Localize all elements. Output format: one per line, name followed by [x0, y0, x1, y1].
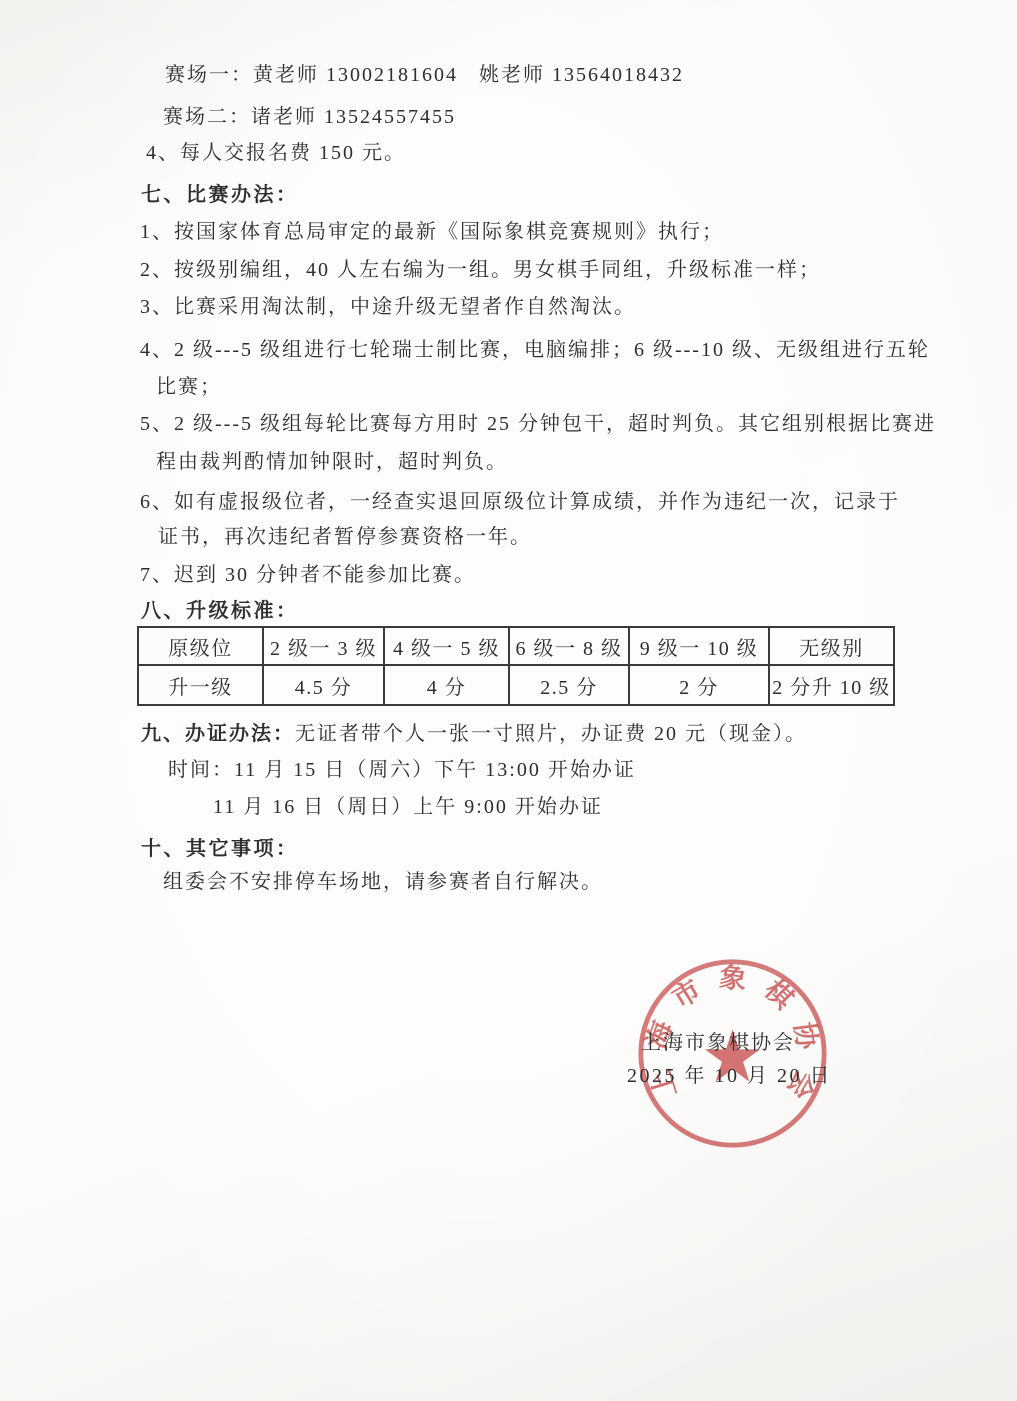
rule-item-4-line-1: 4、2 级---5 级组进行七轮瑞士制比赛，电脑编排；6 级---10 级、无级… — [140, 338, 930, 362]
rule-item-6-line-1: 6、如有虚报级位者，一经查实退回原级位计算成绩，并作为违纪一次，记录于 — [140, 490, 900, 514]
cert-time-2: 11 月 16 日（周日）上午 9:00 开始办证 — [213, 795, 603, 819]
rule-item-3: 3、比赛采用淘汰制，中途升级无望者作自然淘汰。 — [140, 295, 636, 319]
rule-item-2: 2、按级别编组，40 人左右编为一组。男女棋手同组，升级标准一样； — [140, 258, 821, 282]
table-cell: 2.5 分 — [509, 665, 629, 705]
section10-text: 组委会不安排停车场地，请参赛者自行解决。 — [163, 870, 603, 894]
rule-item-5-line-1: 5、2 级---5 级组每轮比赛每方用时 25 分钟包干，超时判负。其它组别根据… — [140, 412, 936, 436]
section9-line: 九、办证办法：无证者带个人一张一寸照片，办证费 20 元（现金）。 — [141, 722, 807, 746]
venue-line-2: 赛场二：诸老师 13524557455 — [163, 105, 456, 129]
signature-date: 2025 年 10 月 20 日 — [627, 1064, 832, 1088]
rule-item-7: 7、迟到 30 分钟者不能参加比赛。 — [140, 563, 476, 587]
section7-heading: 七、比赛办法： — [141, 183, 299, 207]
table-cell: 原级位 — [138, 627, 263, 665]
table-cell: 2 分 — [629, 665, 769, 705]
section9-heading: 九、办证办法： — [141, 723, 295, 745]
section10-heading: 十、其它事项： — [141, 837, 299, 861]
document-page: 赛场一：黄老师 13002181604 姚老师 13564018432 赛场二：… — [0, 0, 1017, 1401]
section9-text: 无证者带个人一张一寸照片，办证费 20 元（现金）。 — [295, 723, 807, 745]
rule-item-5-line-2: 程由裁判酌情加钟限时，超时判负。 — [156, 450, 508, 474]
table-header-row: 原级位 2 级一 3 级 4 级一 5 级 6 级一 8 级 9 级一 10 级… — [138, 627, 894, 665]
upgrade-standards-table: 原级位 2 级一 3 级 4 级一 5 级 6 级一 8 级 9 级一 10 级… — [137, 626, 895, 706]
fee-line: 4、每人交报名费 150 元。 — [146, 141, 406, 165]
cert-time-1: 时间：11 月 15 日（周六）下午 13:00 开始办证 — [168, 758, 636, 782]
section8-heading: 八、升级标准： — [141, 599, 299, 623]
rule-item-6-line-2: 证书，再次违纪者暂停参赛资格一年。 — [158, 525, 532, 549]
table-cell: 2 级一 3 级 — [263, 627, 384, 665]
table-cell: 4.5 分 — [263, 665, 384, 705]
table-cell: 无级别 — [769, 627, 894, 665]
table-cell: 6 级一 8 级 — [509, 627, 629, 665]
venue-line-1: 赛场一：黄老师 13002181604 姚老师 13564018432 — [165, 63, 684, 87]
table-cell: 4 分 — [384, 665, 509, 705]
scanned-document: { "page": { "text_color": "#2e2e2e", "st… — [0, 0, 1017, 1401]
table-value-row: 升一级 4.5 分 4 分 2.5 分 2 分 2 分升 10 级 — [138, 665, 894, 705]
table-cell: 4 级一 5 级 — [384, 627, 509, 665]
table-cell: 2 分升 10 级 — [769, 665, 894, 705]
table-cell: 升一级 — [138, 665, 263, 705]
rule-item-4-line-2: 比赛； — [156, 375, 222, 399]
rule-item-1: 1、按国家体育总局审定的最新《国际象棋竞赛规则》执行； — [140, 220, 724, 244]
signature-org: 上海市象棋协会 — [641, 1031, 795, 1055]
table-cell: 9 级一 10 级 — [629, 627, 769, 665]
